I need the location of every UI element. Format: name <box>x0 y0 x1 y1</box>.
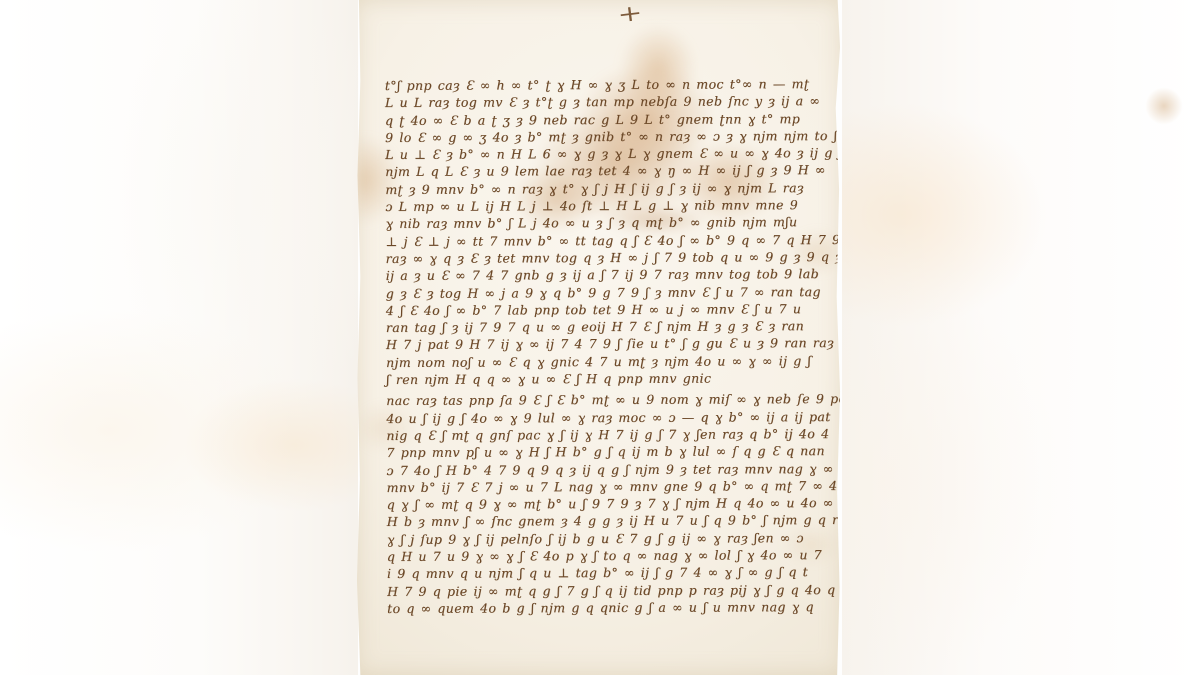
cipher-line: njm L q L Ɛ ȝ u 9 lem lae raȝ tet 4 ∞ ɣ … <box>385 161 839 180</box>
blurred-background-right <box>842 0 1200 675</box>
cipher-line: ɔ 7 4o ʃ H b° 4 7 9 q 9 q ȝ ij q g ʃ njm… <box>387 460 841 479</box>
manuscript-paper: + t°ʃ pnp caȝ Ɛ ∞ h ∞ t° ʈ ɣ H ∞ ɣ ʒ L t… <box>356 0 842 675</box>
cipher-line: t°ʃ pnp caȝ Ɛ ∞ h ∞ t° ʈ ɣ H ∞ ɣ ʒ L to … <box>385 75 839 94</box>
cipher-line: ɔ L mp ∞ u L ij H L j ⊥ 4o ſt ⊥ H L g ⊥ … <box>385 196 839 215</box>
cipher-line: ɣ ʃ j ſup 9 ɣ ʃ ij pelnſo ʃ ij b g u Ɛ 7… <box>387 529 841 548</box>
cipher-line: g ȝ Ɛ ȝ tog H ∞ j a 9 ɣ q b° 9 g 7 9 ʃ ȝ… <box>386 283 840 302</box>
cipher-line: 9 lo Ɛ ∞ g ∞ ʒ 4o ȝ b° mʈ ȝ gnib t° ∞ n … <box>385 127 839 146</box>
cipher-line: 4o u ʃ ij g ʃ 4o ∞ ɣ 9 lul ∞ ɣ raȝ moc ∞… <box>386 408 840 427</box>
cipher-line: raȝ ∞ ɣ q ȝ Ɛ ȝ tet mnv tog q ȝ H ∞ j ʃ … <box>386 248 840 267</box>
cipher-line: njm nom noʃ u ∞ Ɛ q ɣ gnic 4 7 u mʈ ȝ nj… <box>386 352 840 371</box>
cipher-line: nig q Ɛ ʃ mʈ q gnſ pac ɣ ʃ ij ɣ H 7 ij g… <box>386 425 840 444</box>
cipher-line: ɣ nib raȝ mnv b° ʃ L j 4o ∞ u ȝ ʃ ȝ q mʈ… <box>385 213 839 232</box>
cipher-line: ran tag ʃ ȝ ij 7 9 7 q u ∞ g eoij H 7 Ɛ … <box>386 317 840 336</box>
cipher-line: H 7 j pat 9 H 7 ij ɣ ∞ ij 7 4 7 9 ʃ ſie … <box>386 334 840 353</box>
cipher-line: H 7 9 q pie ij ∞ mʈ q g ʃ 7 g ʃ q ij tid… <box>387 581 841 600</box>
cipher-line: i 9 q mnv q u njm ʃ q u ⊥ tag b° ∞ ij ʃ … <box>387 563 841 582</box>
blurred-background-left <box>0 0 358 675</box>
cipher-paragraph-2: nac raȝ tas pnp ſa 9 Ɛ ʃ Ɛ b° mʈ ∞ u 9 n… <box>386 390 841 617</box>
cipher-line: ʃ ren njm H q q ∞ ɣ u ∞ Ɛ ʃ H q pnp mnv … <box>386 369 840 388</box>
cipher-line: mʈ ȝ 9 mnv b° ∞ n raȝ ɣ t° ɣ ʃ j H ʃ ij … <box>385 179 839 198</box>
article-image: + t°ʃ pnp caȝ Ɛ ∞ h ∞ t° ʈ ɣ H ∞ ɣ ʒ L t… <box>0 0 1200 675</box>
cipher-line: L u L raȝ tog mv Ɛ ȝ t°ʈ g ȝ tan mp nebſ… <box>385 92 839 111</box>
cipher-line: ⊥ j Ɛ ⊥ j ∞ tt 7 mnv b° ∞ tt tag q ʃ Ɛ 4… <box>386 231 840 250</box>
cross-mark: + <box>599 0 661 31</box>
cipher-paragraph-1: t°ʃ pnp caȝ Ɛ ∞ h ∞ t° ʈ ɣ H ∞ ɣ ʒ L to … <box>385 75 840 388</box>
cipher-line: 4 ʃ Ɛ 4o ʃ ∞ b° 7 lab pnp tob tet 9 H ∞ … <box>386 300 840 319</box>
cipher-line: q H u 7 u 9 ɣ ∞ ɣ ʃ Ɛ 4o p ɣ ʃ to q ∞ na… <box>387 546 841 565</box>
cipher-line: q ʈ 4o ∞ Ɛ b a ʈ ʒ ȝ 9 neb rac g L 9 L t… <box>385 110 839 129</box>
cipher-line: ij a ȝ u Ɛ ∞ 7 4 7 gnb g ȝ ij a ʃ 7 ij 9… <box>386 265 840 284</box>
cipher-line: L u ⊥ Ɛ ȝ b° ∞ n H L 6 ∞ ɣ g ȝ ɣ L ɣ gne… <box>385 144 839 163</box>
cipher-line: q ɣ ʃ ∞ mʈ q 9 ɣ ∞ mʈ b° u ʃ 9 7 9 ȝ 7 ɣ… <box>387 494 841 513</box>
cipher-line: to q ∞ quem 4o b g ʃ njm g q qnic g ʃ a … <box>387 598 841 617</box>
cipher-line: mnv b° ij 7 Ɛ 7 j ∞ u 7 L nag ɣ ∞ mnv gn… <box>387 477 841 496</box>
cipher-line: 7 pnp mnv pʃ u ∞ ɣ H ʃ H b° g ʃ q ij m b… <box>386 442 840 461</box>
cipher-line: H b ȝ mnv ʃ ∞ ſnc gnem ȝ 4 g g ȝ ij H u … <box>387 511 841 530</box>
cipher-line: nac raȝ tas pnp ſa 9 Ɛ ʃ Ɛ b° mʈ ∞ u 9 n… <box>386 390 840 409</box>
cipher-text: t°ʃ pnp caȝ Ɛ ∞ h ∞ t° ʈ ɣ H ∞ ɣ ʒ L to … <box>385 75 841 617</box>
